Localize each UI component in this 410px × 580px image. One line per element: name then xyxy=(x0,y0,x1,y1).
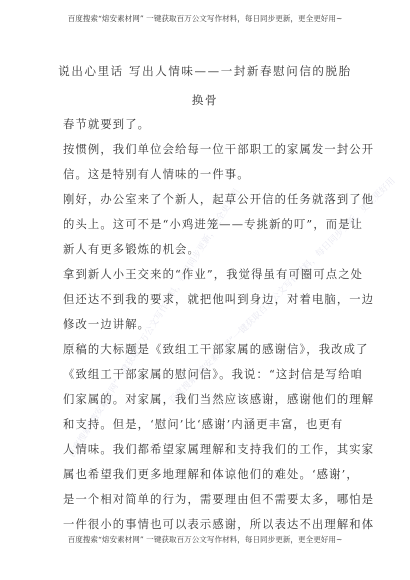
body-line: 拿到新人小王交来的“作业”，我觉得虽有可圈可点之处 xyxy=(63,262,353,287)
document-title-line-1: 说出心里话 写出人情味——一封新春慰问信的脱胎 xyxy=(0,63,410,79)
body-line: 信。这是特别有人情味的一件事。 xyxy=(63,162,353,187)
document-body: 春节就要到了。 按惯例，我们单位会给每一位干部职工的家属发一封公开 信。这是特别… xyxy=(63,112,353,537)
body-line: 但还达不到我的要求，就把他叫到身边，对着电脑，一边 xyxy=(63,287,353,312)
page-footer: 百度搜索“熔安素材网” 一键获取百万公文写作材料，每日同步更新，更全更好用~ xyxy=(0,534,410,545)
body-line: 的头上。这可不是“小鸡进笼——专挑新的叮”，而是让 xyxy=(63,212,353,237)
body-line: 原稿的大标题是《致组工干部家属的感谢信》，我改成了 xyxy=(63,337,353,362)
document-title-line-2: 换骨 xyxy=(0,92,410,108)
body-line: 《致组工干部家属的慰问信》。我说：“这封信是写给咱 xyxy=(63,362,353,387)
body-line: 春节就要到了。 xyxy=(63,112,353,137)
body-line: 和支持。但是，‘慰问’比‘感谢’内涵更丰富，也更有 xyxy=(63,412,353,437)
page-header: 百度搜索“熔安素材网” 一键获取百万公文写作材料，每日同步更新，更全更好用~ xyxy=(0,13,410,24)
body-line: 是一个相对简单的行为，需要理由但不需要太多，哪怕是 xyxy=(63,487,353,512)
body-line: 人情味。我们都希望家属理解和支持我们的工作，其实家 xyxy=(63,437,353,462)
body-line: 属也希望我们更多地理解和体谅他们的难处。‘感谢’， xyxy=(63,462,353,487)
body-line: 按惯例，我们单位会给每一位干部职工的家属发一封公开 xyxy=(63,137,353,162)
body-line: 新人有更多锻炼的机会。 xyxy=(63,237,353,262)
body-line: 们家属的。对家属，我们当然应该感谢，感谢他们的理解 xyxy=(63,387,353,412)
body-line: 刚好，办公室来了个新人，起草公开信的任务就落到了他 xyxy=(63,187,353,212)
body-line: 修改一边讲解。 xyxy=(63,312,353,337)
